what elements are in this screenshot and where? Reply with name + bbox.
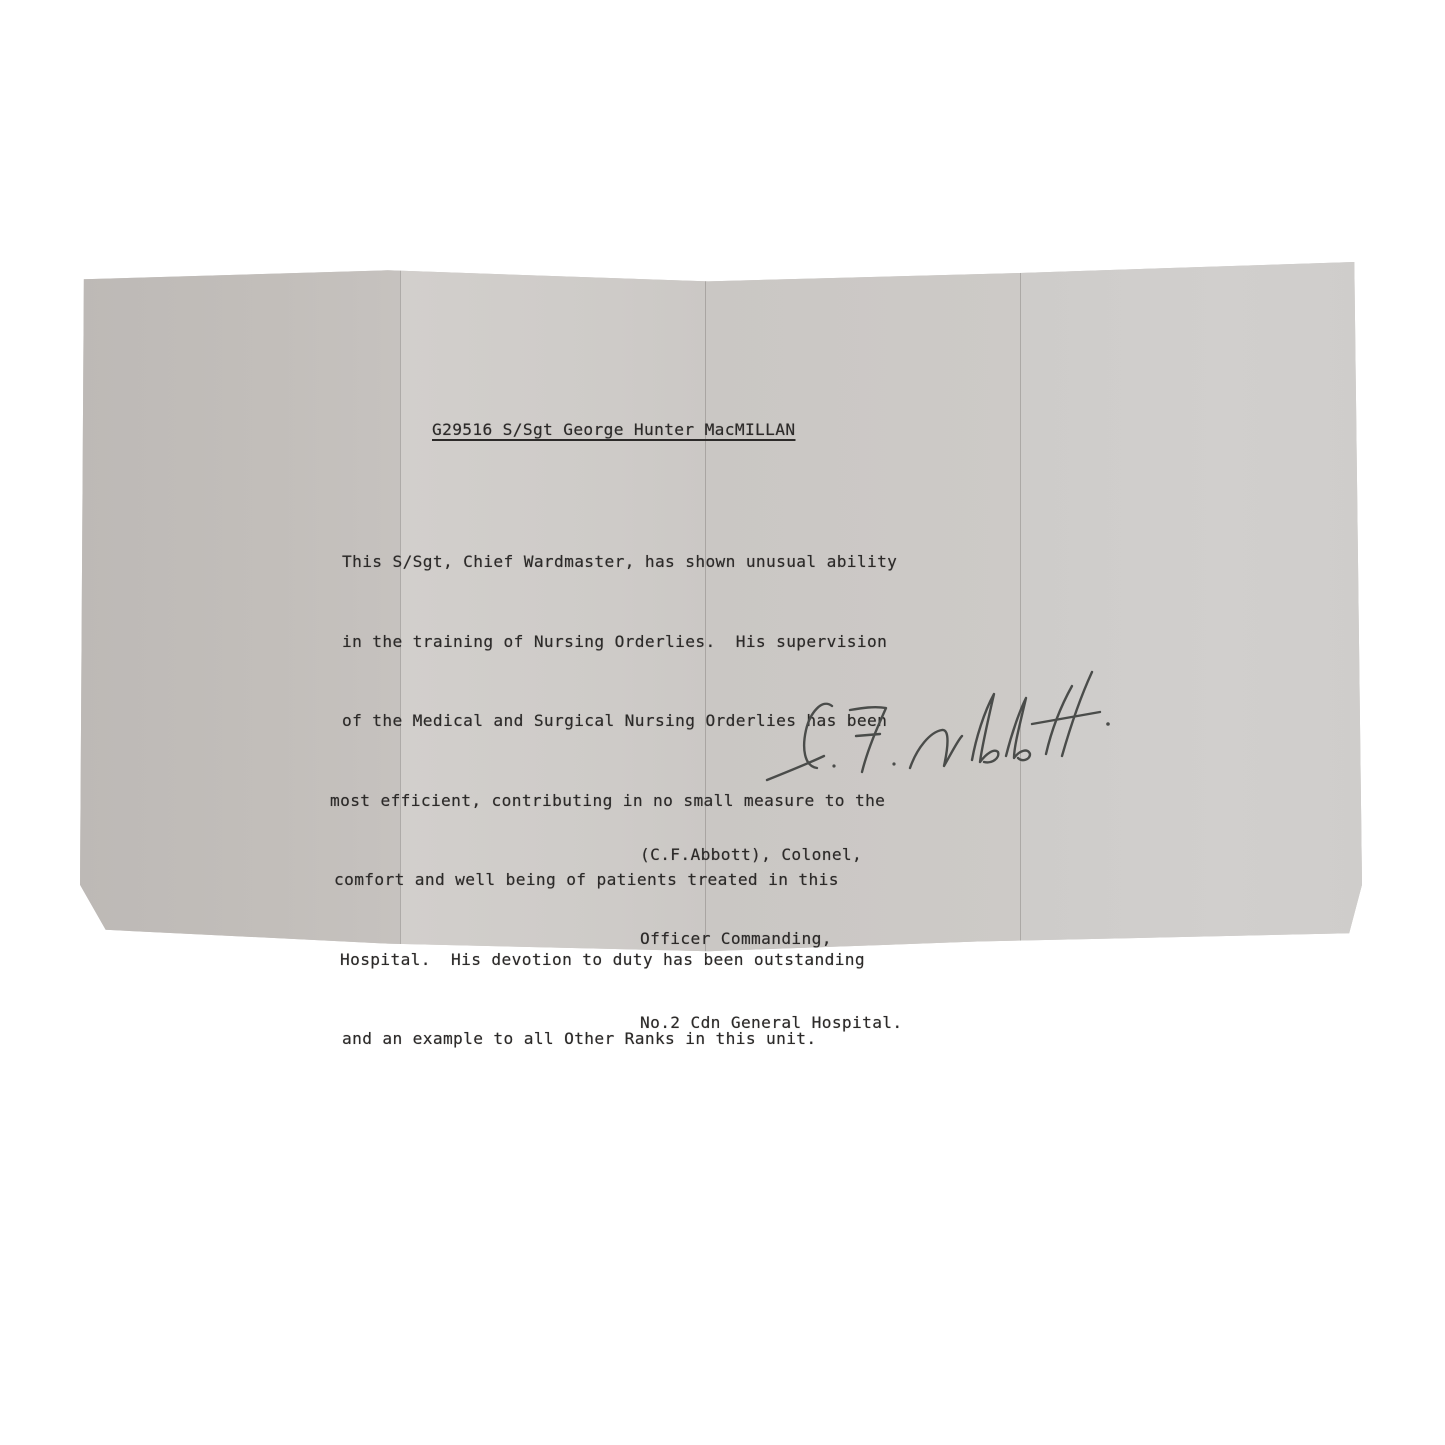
signatory-unit: No.2 Cdn General Hospital. bbox=[640, 1009, 903, 1037]
body-line: This S/Sgt, Chief Wardmaster, has shown … bbox=[330, 549, 897, 576]
handwritten-signature-icon bbox=[762, 668, 1122, 788]
letter-heading: G29516 S/Sgt George Hunter MacMILLAN bbox=[432, 417, 795, 444]
signatory-role: Officer Commanding, bbox=[640, 925, 903, 953]
body-line: in the training of Nursing Orderlies. Hi… bbox=[330, 629, 897, 656]
paper-panel-right bbox=[1020, 262, 1362, 954]
fold-line bbox=[1020, 262, 1021, 954]
signatory-name: (C.F.Abbott), Colonel, bbox=[640, 841, 903, 869]
signatory-block: (C.F.Abbott), Colonel, Officer Commandin… bbox=[640, 785, 903, 1065]
